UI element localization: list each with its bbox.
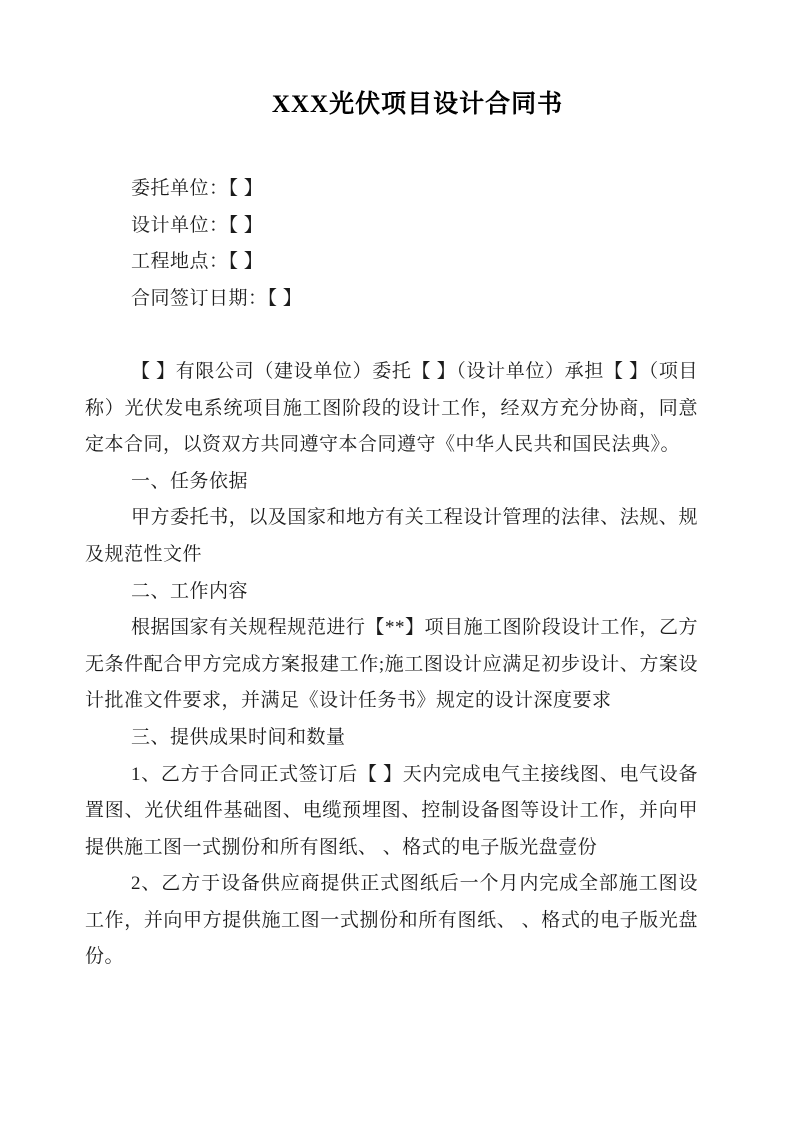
section-heading-3: 三、提供成果时间和数量 (85, 720, 698, 757)
body-line: 份。 (85, 939, 698, 976)
body-line: 及规范性文件 (85, 537, 698, 574)
section-heading-2: 二、工作内容 (85, 574, 698, 611)
body-line: 2、乙方于设备供应商提供正式图纸后一个月内完成全部施工图设计 (85, 866, 698, 903)
body-line: 置图、光伏组件基础图、电缆预埋图、控制设备图等设计工作，并向甲方 (85, 793, 698, 830)
field-line-commissioning-unit: 委托单位：【 】 (85, 171, 698, 208)
body-line: 【 】有限公司（建设单位）委托【 】（设计单位）承担【 】（项目名 (85, 354, 698, 391)
document-title: XXX光伏项目设计合同书 (85, 0, 698, 122)
body-line: 计批准文件要求，并满足《设计任务书》规定的设计深度要求 (85, 683, 698, 720)
field-line-signing-date: 合同签订日期：【 】 (85, 281, 698, 318)
body-line: 无条件配合甲方完成方案报建工作;施工图设计应满足初步设计、方案设 (85, 647, 698, 684)
body-line: 1、乙方于合同正式签订后【 】天内完成电气主接线图、电气设备布 (85, 757, 698, 794)
body-line: 根据国家有关规程规范进行【**】项目施工图阶段设计工作，乙方应 (85, 610, 698, 647)
contract-header-fields: 委托单位：【 】 设计单位：【 】 工程地点：【 】 合同签订日期：【 】 (85, 171, 698, 317)
field-line-design-unit: 设计单位：【 】 (85, 208, 698, 245)
body-line: 提供施工图一式捌份和所有图纸、 、格式的电子版光盘壹份 (85, 830, 698, 867)
body-line: 甲方委托书，以及国家和地方有关工程设计管理的法律、法规、规章 (85, 500, 698, 537)
body-line: 定本合同，以资双方共同遵守本合同遵守《中华人民共和国民法典》。 (85, 427, 698, 464)
section-heading-1: 一、任务依据 (85, 464, 698, 501)
document-content: XXX光伏项目设计合同书 委托单位：【 】 设计单位：【 】 工程地点：【 】 … (85, 0, 698, 976)
body-line: 称）光伏发电系统项目施工图阶段的设计工作，经双方充分协商，同意签 (85, 391, 698, 428)
document-page: XXX光伏项目设计合同书 委托单位：【 】 设计单位：【 】 工程地点：【 】 … (0, 0, 793, 1122)
body-line: 工作，并向甲方提供施工图一式捌份和所有图纸、 、格式的电子版光盘壹 (85, 903, 698, 940)
field-line-project-location: 工程地点：【 】 (85, 244, 698, 281)
contract-body: 【 】有限公司（建设单位）委托【 】（设计单位）承担【 】（项目名 称）光伏发电… (85, 354, 698, 976)
